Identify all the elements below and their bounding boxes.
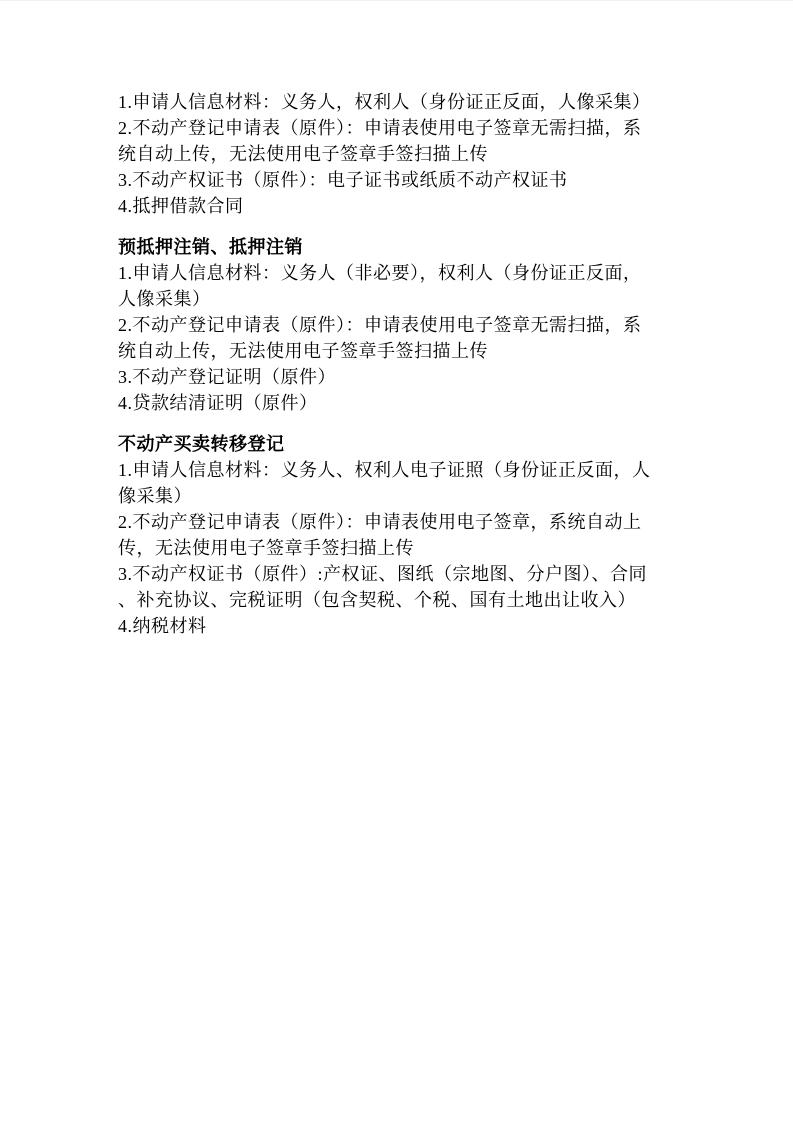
text-line: 4.纳税材料 <box>118 613 680 639</box>
section-pre-mortgage-cancellation: 预抵押注销、抵押注销 1.申请人信息材料：义务人（非必要），权利人（身份证正反面… <box>118 234 680 416</box>
section-heading-pre-mortgage-cancellation: 预抵押注销、抵押注销 <box>118 234 680 260</box>
text-line: 1.申请人信息材料：义务人、权利人电子证照（身份证正反面，人 <box>118 457 680 483</box>
text-line: 4.贷款结清证明（原件） <box>118 390 680 416</box>
section-mortgage-registration-materials: 1.申请人信息材料：义务人，权利人（身份证正反面，人像采集） 2.不动产登记申请… <box>118 89 680 219</box>
text-line: 3.不动产权证书（原件）:产权证、图纸（宗地图、分户图）、合同 <box>118 561 680 587</box>
text-line: 统自动上传，无法使用电子签章手签扫描上传 <box>118 141 680 167</box>
section-property-sale-transfer-registration: 不动产买卖转移登记 1.申请人信息材料：义务人、权利人电子证照（身份证正反面，人… <box>118 431 680 639</box>
document-page: 1.申请人信息材料：义务人，权利人（身份证正反面，人像采集） 2.不动产登记申请… <box>0 0 793 1122</box>
text-line: 3.不动产登记证明（原件） <box>118 364 680 390</box>
text-line: 人像采集） <box>118 286 680 312</box>
text-line: 1.申请人信息材料：义务人，权利人（身份证正反面，人像采集） <box>118 89 680 115</box>
text-line: 4.抵押借款合同 <box>118 193 680 219</box>
section-heading-property-sale-transfer: 不动产买卖转移登记 <box>118 431 680 457</box>
text-line: 2.不动产登记申请表（原件）：申请表使用电子签章无需扫描，系 <box>118 115 680 141</box>
text-line: 1.申请人信息材料：义务人（非必要），权利人（身份证正反面， <box>118 260 680 286</box>
text-line: 传，无法使用电子签章手签扫描上传 <box>118 535 680 561</box>
text-line: 3.不动产权证书（原件）：电子证书或纸质不动产权证书 <box>118 167 680 193</box>
text-line: 2.不动产登记申请表（原件）：申请表使用电子签章无需扫描，系 <box>118 312 680 338</box>
text-line: 、补充协议、完税证明（包含契税、个税、国有土地出让收入） <box>118 587 680 613</box>
text-line: 统自动上传，无法使用电子签章手签扫描上传 <box>118 338 680 364</box>
text-line: 2.不动产登记申请表（原件）：申请表使用电子签章，系统自动上 <box>118 509 680 535</box>
document-content: 1.申请人信息材料：义务人，权利人（身份证正反面，人像采集） 2.不动产登记申请… <box>118 89 680 639</box>
text-line: 像采集） <box>118 483 680 509</box>
